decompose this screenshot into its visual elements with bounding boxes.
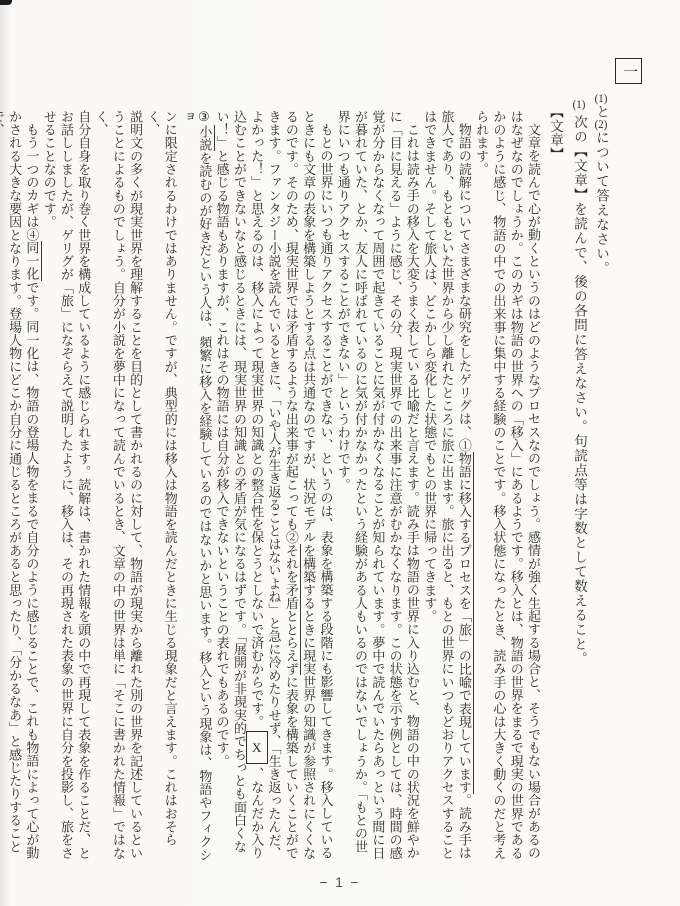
passage-line: 文章を読んで心が動くというのはどのようなプロセスなのでしょう。感情が強く生起する… — [525, 57, 542, 869]
underlined-phrase: 物語に移入するプロセスを「旅」の比喩で表現しています — [457, 452, 475, 794]
tate-chu-yoko-number: (1) — [573, 99, 585, 111]
blank-x-box: X — [246, 731, 268, 764]
passage-line: お話ししましたが、ゲリグが「旅」になぞらえて説明したように、移入は、その再現され… — [58, 57, 75, 869]
passage-line: ③小説を読むのが好きだという人は、頻繁に移入を経験しているのではないかと思います… — [179, 57, 214, 869]
passage-line: これは読み手の移入を大変うまく表している比喩だと言えます。読み手は物語の世界に入… — [404, 57, 421, 869]
passage-line: うことによるものでしょう。自分が小説を夢中になって読んでいるとき、文章の中の世界… — [92, 57, 127, 869]
tate-chu-yoko-number: (1) — [595, 93, 607, 105]
tate-chu-yoko-number: (2) — [595, 119, 607, 131]
passage-line: きます。ファンタジー小説を読んでいるときに、「いや人が生き返ることはないよね」と… — [265, 57, 282, 869]
passage-line: 界にいつも通りアクセスすることができない」というわけです。 — [334, 57, 351, 869]
exam-page: 一(1)と(2)について答えなさい。(1) 次の【文章】を読んで、後の各問に答え… — [0, 0, 680, 906]
passage-line: 込むことができないなと感じるときには、現実世界の知識との矛盾が気になるはずです。… — [231, 57, 248, 869]
passage-line: もとの世界にいつも通りアクセスすることができない、というのは、表象を構築する段階… — [317, 57, 334, 869]
passage-line: るのです。そのため、現実世界では矛盾するような出来事が起こっても②それを矛盾とと… — [283, 57, 300, 869]
passage-line: 覚が分からなくなって周囲で起きていることに気が付かなくなることが知られています。… — [369, 57, 386, 869]
section-number-box: 一 — [615, 58, 642, 84]
vertical-text-block: 一(1)と(2)について答えなさい。(1) 次の【文章】を読んで、後の各問に答え… — [0, 57, 646, 869]
passage-line: られます。 — [473, 57, 490, 869]
page-number: − 1 − — [0, 875, 680, 890]
passage-line: 物語の読解についてさまざまな研究をしたゲリグは、①物語に移入するプロセスを「旅」… — [456, 57, 473, 869]
underlined-phrase: それを矛盾ととらえず — [284, 544, 302, 676]
passage-line: かのように感じ、物語の中での出来事に集中する経験のことです。移入状態になったとき… — [490, 57, 507, 869]
underlined-phrase: 小説 — [197, 125, 215, 151]
passage-line: もう一つのカギは④同一化です。同一化は、物語の登場人物をまるで自分のように感じる… — [23, 57, 40, 869]
passage-label: 【文章】 — [542, 57, 568, 869]
passage-line: 自分自身を取り巻く世界を構成しているように感じられます。読解は、書かれた情報を頭… — [75, 57, 92, 869]
passage-line: 説明文の多くが現実世界を理解することを目的として書かれるのに対して、物語が現実か… — [127, 57, 144, 869]
passage-line: かされる大きな要因となります。登場人物にどこか自分に通じるところがあると思ったり… — [0, 57, 23, 869]
passage-line: ンに限定されるわけではありません。ですが、典型的には移入は物語を読んだときに生じ… — [144, 57, 179, 869]
passage-line: 旅人であり、もともといた世界から少し離れたところに旅に出ます。旅に出ると、もとの… — [438, 57, 455, 869]
passage-line: よかった！」と思えるのは、移入によって現実世界の知識との整合性を保とうとしないで… — [248, 57, 265, 869]
passage-line: ときにも文章の表象を構築しようとする点は共通なのですが、状況モデルを構築するとき… — [300, 57, 317, 869]
scan-corner-mark — [0, 0, 12, 5]
underlined-phrase: 同一化 — [24, 241, 42, 280]
section-number: 一 — [612, 57, 646, 869]
instruction-line-2: (1) 次の【文章】を読んで、後の各問に答えなさい。句読点等は字数として数えるこ… — [568, 57, 590, 869]
passage-line: はなぜなのでしょうか。このカギは物語の世界への「移入」にあるようです。移入とは、… — [507, 57, 524, 869]
passage-line: に「目に見える」ように感じ、その分、現実世界での出来事に注意がむかなくなります。… — [386, 57, 403, 869]
passage-line: はできません。そして旅人は、どこかしら変化した状態でもとの世界に帰ってきます。 — [421, 57, 438, 869]
passage-line: い！」と感じる物語もありますが、これはその物語には自分が移入できないということの… — [213, 57, 230, 869]
passage-line: せることなのです。 — [40, 57, 57, 869]
passage-line: が暮れていた、とか、友人に呼ばれているのに気が付かなかったという経験がある人もい… — [352, 57, 369, 869]
instruction-line-1: (1)と(2)について答えなさい。 — [590, 57, 612, 869]
